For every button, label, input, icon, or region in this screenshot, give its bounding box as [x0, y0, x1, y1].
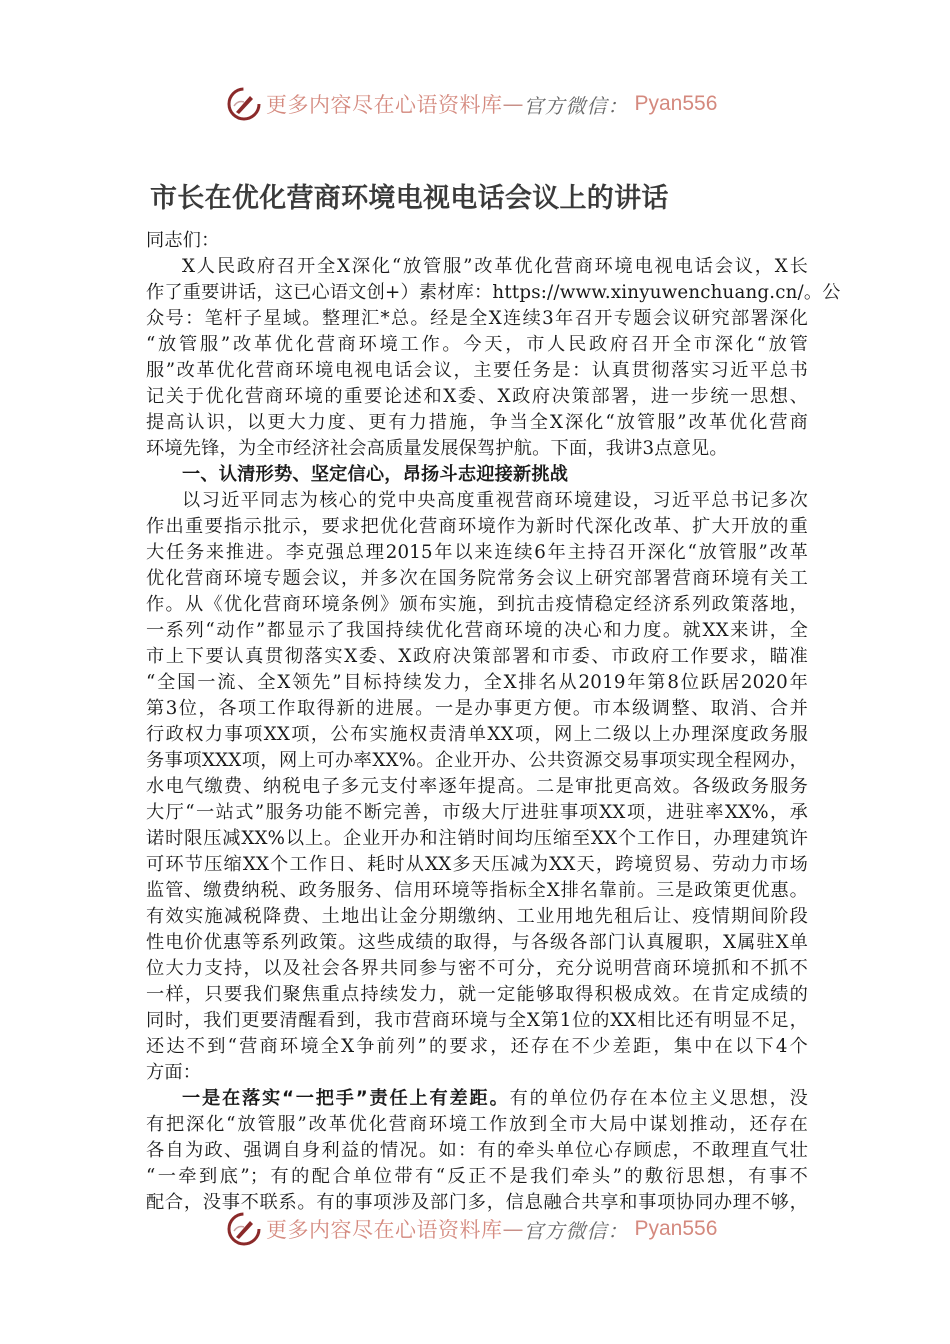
text-line: 一样，只要我们聚焦重点持续发力，就一定能够取得积极成效。在肯定成绩的 [146, 982, 808, 1008]
text-line: 服”改革优化营商环境电视电话会议，主要任务是：认真贯彻落实习近平总书 [146, 358, 808, 384]
text-line: 位大力支持，以及社会各界共同参与密不可分，充分说明营商环境抓和不抓不 [146, 956, 808, 982]
text-line: 大厅“一站式”服务功能不断完善，市级大厅进驻事项XX项，进驻率XX%，承 [146, 800, 808, 826]
text-line: 提高认识，以更大力度、更有力措施，争当全X深化“放管服”改革优化营商 [146, 410, 808, 436]
document-body: 同志们： X人民政府召开全X深化“放管服”改革优化营商环境电视电话会议，X长 作… [146, 228, 808, 1216]
wechat-label: 官方微信： [524, 90, 629, 119]
text-line: 水电气缴费、纳税电子多元支付率逐年提高。二是审批更高效。各级政务服务 [146, 774, 808, 800]
text-line: 环境先锋，为全市经济社会高质量发展保驾护航。下面，我讲3点意见。 [146, 436, 808, 462]
text-line: “放管服”改革优化营商环境工作。今天，市人民政府召开全市深化“放管 [146, 332, 808, 358]
intro-paragraph: X人民政府召开全X深化“放管服”改革优化营商环境电视电话会议，X长 作了重要讲话… [146, 254, 808, 462]
text-line: 各自为政、强调自身利益的情况。如：有的牵头单位心存顾虑，不敢理直气壮 [146, 1138, 808, 1164]
wechat-label: 官方微信： [524, 1215, 629, 1244]
text-line: 众号：笔杆子星域。整理汇*总。经是全X连续3年召开专题会议研究部署深化 [146, 306, 808, 332]
text-line: “全国一流、全X领先”目标持续发力，全X排名从2019年第8位跃居2020年 [146, 670, 808, 696]
section1-paragraph: 以习近平同志为核心的党中央高度重视营商环境建设，习近平总书记多次 作出重要指示批… [146, 488, 808, 1086]
point1-paragraph: 一是在落实“一把手”责任上有差距。有的单位仍存在本位主义思想，没 有把深化“放管… [146, 1086, 808, 1216]
text-line: 作出重要指示批示，要求把优化营商环境作为新时代深化改革、扩大开放的重 [146, 514, 808, 540]
text-line: 记关于优化营商环境的重要论述和X委、X政府决策部署，进一步统一思想、 [146, 384, 808, 410]
salutation: 同志们： [146, 228, 808, 254]
text-line: 方面： [146, 1060, 808, 1086]
banner-dash: — [503, 1217, 524, 1241]
text-line: 监管、缴费纳税、政务服务、信用环境等指标全X排名靠前。三是政策更优惠。 [146, 878, 808, 904]
banner-text: 更多内容尽在心语资料库 [266, 89, 503, 119]
text-line: 市上下要认真贯彻落实X委、X政府决策部署和市委、市政府工作要求，瞄准 [146, 644, 808, 670]
quill-pen-icon [226, 1211, 262, 1247]
text-line: X人民政府召开全X深化“放管服”改革优化营商环境电视电话会议，X长 [146, 254, 808, 280]
text-line: “一牵到底”；有的配合单位带有“反正不是我们牵头”的敷衍思想，有事不 [146, 1164, 808, 1190]
text-line: 第3位，各项工作取得新的进展。一是办事更方便。市本级调整、取消、合并 [146, 696, 808, 722]
text-line: 一是在落实“一把手”责任上有差距。有的单位仍存在本位主义思想，没 [146, 1086, 808, 1112]
wechat-id: Pyan556 [635, 1217, 718, 1241]
header-banner: 更多内容尽在心语资料库 — 官方微信： Pyan556 [226, 82, 717, 126]
quill-pen-icon [226, 86, 262, 122]
text-line: 性电价优惠等系列政策。这些成绩的取得，与各级各部门认真履职，X属驻X单 [146, 930, 808, 956]
text-line: 务事项XXX项，网上可办率XX%。企业开办、公共资源交易事项实现全程网办， [146, 748, 808, 774]
document-title: 市长在优化营商环境电视电话会议上的讲话 [150, 176, 669, 215]
banner-dash: — [503, 92, 524, 116]
text-line: 还达不到“营商环境全X争前列”的要求，还存在不少差距，集中在以下4个 [146, 1034, 808, 1060]
text-line: 大任务来推进。李克强总理2015年以来连续6年主持召开深化“放管服”改革 [146, 540, 808, 566]
text-line: 优化营商环境专题会议，并多次在国务院常务会议上研究部署营商环境有关工 [146, 566, 808, 592]
point-heading: 一是在落实“一把手”责任上有差距。 [182, 1088, 510, 1109]
text-line: 以习近平同志为核心的党中央高度重视营商环境建设，习近平总书记多次 [146, 488, 808, 514]
wechat-id: Pyan556 [635, 92, 718, 116]
text-line: 可环节压缩XX个工作日、耗时从XX多天压减为XX天，跨境贸易、劳动力市场 [146, 852, 808, 878]
banner-text: 更多内容尽在心语资料库 [266, 1214, 503, 1244]
footer-banner: 更多内容尽在心语资料库 — 官方微信： Pyan556 [226, 1207, 717, 1251]
text-line: 同时，我们更要清醒看到，我市营商环境与全X第1位的XX相比还有明显不足， [146, 1008, 808, 1034]
text-line: 诺时限压减XX%以上。企业开办和注销时间均压缩至XX个工作日，办理建筑许 [146, 826, 808, 852]
text-line: 作了重要讲话，这已心语文创+）素材库：https://www.xinyuwenc… [146, 280, 808, 306]
text-line: 作。从《优化营商环境条例》颁布实施，到抗击疫情稳定经济系列政策落地， [146, 592, 808, 618]
text-line: 一系列“动作”都显示了我国持续优化营商环境的决心和力度。就XX来讲，全 [146, 618, 808, 644]
text-line: 有效实施减税降费、土地出让金分期缴纳、工业用地先租后让、疫情期间阶段 [146, 904, 808, 930]
section-heading: 一、认清形势、坚定信心，昂扬斗志迎接新挑战 [146, 462, 808, 488]
point-text: 有的单位仍存在本位主义思想，没 [510, 1088, 808, 1109]
text-line: 行政权力事项XX项，公布实施权责清单XX项，网上二级以上办理深度政务服 [146, 722, 808, 748]
text-line: 有把深化“放管服”改革优化营商环境工作放到全市大局中谋划推动，还存在 [146, 1112, 808, 1138]
